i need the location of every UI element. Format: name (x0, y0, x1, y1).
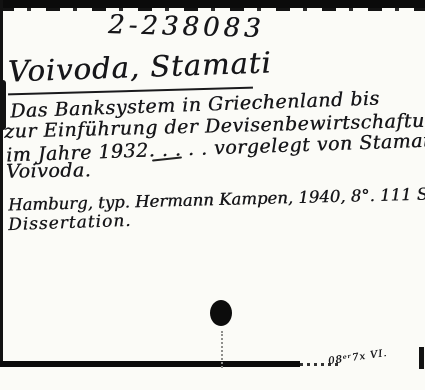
corner-notation: 08ᵉʳ7x VI. (328, 348, 389, 367)
title-line-4: Voivoda. (6, 159, 92, 182)
punch-guide-line (221, 331, 223, 368)
hole-punch-dot (210, 300, 232, 326)
catalog-card-scan: 2-238083 Voivoda, Stamati Das Banksystem… (0, 0, 425, 390)
scan-edge-right-mark (419, 347, 424, 369)
call-number: 2-238083 (108, 10, 265, 44)
author-heading: Voivoda, Stamati (7, 45, 272, 88)
scan-edge-top (0, 0, 425, 8)
scan-edge-top-ragged (0, 8, 425, 11)
dissertation-note: Dissertation. (8, 211, 132, 235)
scan-edge-bottom (0, 361, 300, 367)
imprint-line: Hamburg, typ. Hermann Kampen, 1940, 8°. … (8, 184, 425, 214)
scan-edge-left (0, 0, 3, 366)
